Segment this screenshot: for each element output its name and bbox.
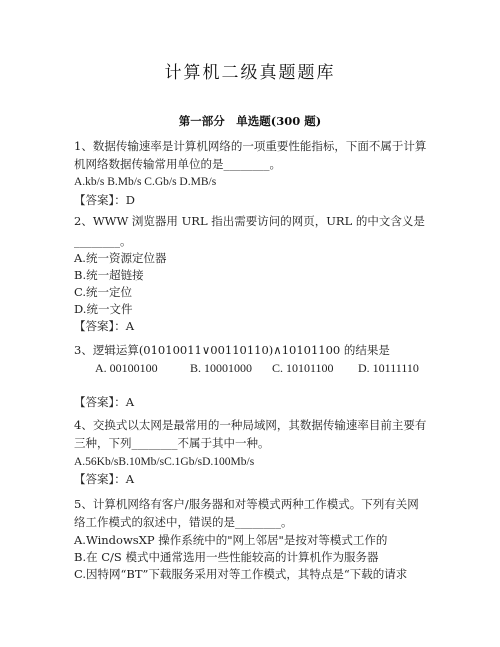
question-4-text-line-2: 三种，下列________不属于其中一种。 bbox=[74, 436, 270, 450]
question-2-option-c: C.统一定位 bbox=[74, 285, 132, 299]
question-5-option-c: C.因特网“BT”下载服务采用对等工作模式，其特点是“下载的请求 bbox=[74, 567, 407, 581]
question-1-answer: 【答案】：D bbox=[74, 193, 135, 207]
question-1-text-line-2: 机网络数据传输常用单位的是________。 bbox=[74, 157, 281, 171]
document-title: 计算机二级真题题库 bbox=[0, 58, 500, 83]
question-3-options: A. 00100100B. 10001000C. 10101100D. 1011… bbox=[95, 361, 419, 376]
question-2-text-line-2: ________。 bbox=[74, 234, 132, 248]
question-2-option-b: B.统一超链接 bbox=[74, 268, 144, 282]
question-3-option-d: D. 10111110 bbox=[358, 361, 419, 376]
question-2-answer: 【答案】：A bbox=[74, 319, 134, 333]
question-5-option-b: B.在 C/S 模式中通常选用一些性能较高的计算机作为服务器 bbox=[74, 550, 378, 564]
question-3-answer: 【答案】：A bbox=[74, 395, 134, 409]
question-2-option-a: A.统一资源定位器 bbox=[74, 251, 166, 265]
section-heading: 第一部分 单选题(300 题) bbox=[0, 113, 500, 129]
question-5-option-a: A.WindowsXP 操作系统中的"网上邻居"是按对等模式工作的 bbox=[74, 533, 387, 547]
question-1-options: A.kb/s B.Mb/s C.Gb/s D.MB/s bbox=[74, 175, 216, 189]
question-2-option-d: D.统一文件 bbox=[74, 302, 132, 316]
question-4-answer: 【答案】：A bbox=[74, 472, 134, 486]
document-page: 计算机二级真题题库 第一部分 单选题(300 题) 1、数据传输速率是计算机网络… bbox=[0, 0, 500, 647]
question-2-text-line-1: 2、WWW 浏览器用 URL 指出需要访问的网页，URL 的中文含义是 bbox=[74, 214, 425, 228]
question-4-options: A.56Kb/sB.10Mb/sC.1Gb/sD.100Mb/s bbox=[74, 455, 254, 469]
question-3-option-a: A. 00100100 bbox=[95, 361, 190, 376]
question-3-option-c: C. 10101100 bbox=[272, 361, 358, 376]
question-3-text: 3、逻辑运算(01010011∨00110110)∧10101100 的结果是 bbox=[74, 343, 390, 357]
question-1-text-line-1: 1、数据传输速率是计算机网络的一项重要性能指标，下面不属于计算 bbox=[74, 139, 426, 153]
question-5-text-line-1: 5、计算机网络有客户/服务器和对等模式两种工作模式。下列有关网 bbox=[74, 497, 419, 511]
question-3-option-b: B. 10001000 bbox=[190, 361, 272, 376]
question-5-text-line-2: 络工作模式的叙述中，错误的是________。 bbox=[74, 515, 293, 529]
question-4-text-line-1: 4、交换式以太网是最常用的一种局域网，其数据传输速率目前主要有 bbox=[74, 418, 426, 432]
